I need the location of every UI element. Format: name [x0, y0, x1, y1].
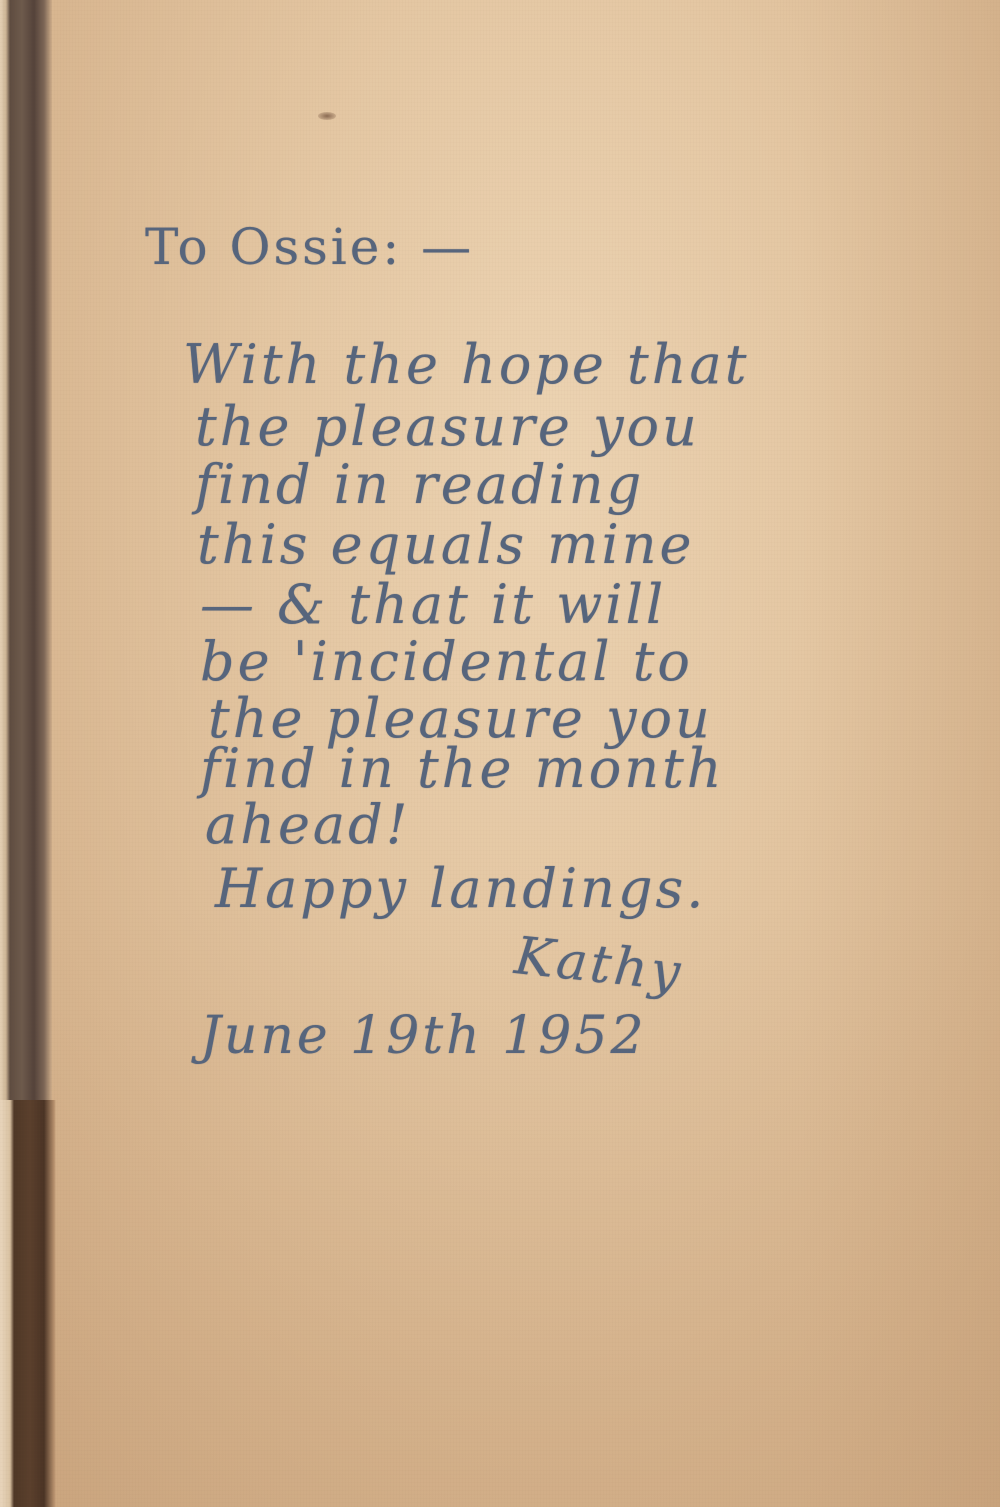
- inscription-line: the pleasure you: [195, 400, 700, 454]
- inscription-line: find in reading: [195, 458, 644, 512]
- inscription-line: ahead!: [205, 798, 410, 852]
- inscription-line: — & that it will: [200, 578, 666, 632]
- inscription-line: find in the month: [200, 742, 725, 796]
- inscription-line: With the hope that: [183, 338, 749, 392]
- inscription-date: June 19th 1952: [200, 1010, 647, 1062]
- inscription-closing: Happy landings.: [215, 862, 706, 916]
- inscription-line: be 'incidental to: [200, 635, 693, 689]
- handwritten-inscription: To Ossie: — With the hope that the pleas…: [0, 0, 1000, 1507]
- inscription-line: this equals mine: [197, 518, 694, 572]
- inscription-signature: Kathy: [512, 930, 685, 999]
- inscription-salutation: To Ossie: —: [145, 222, 474, 272]
- book-page-photo: To Ossie: — With the hope that the pleas…: [0, 0, 1000, 1507]
